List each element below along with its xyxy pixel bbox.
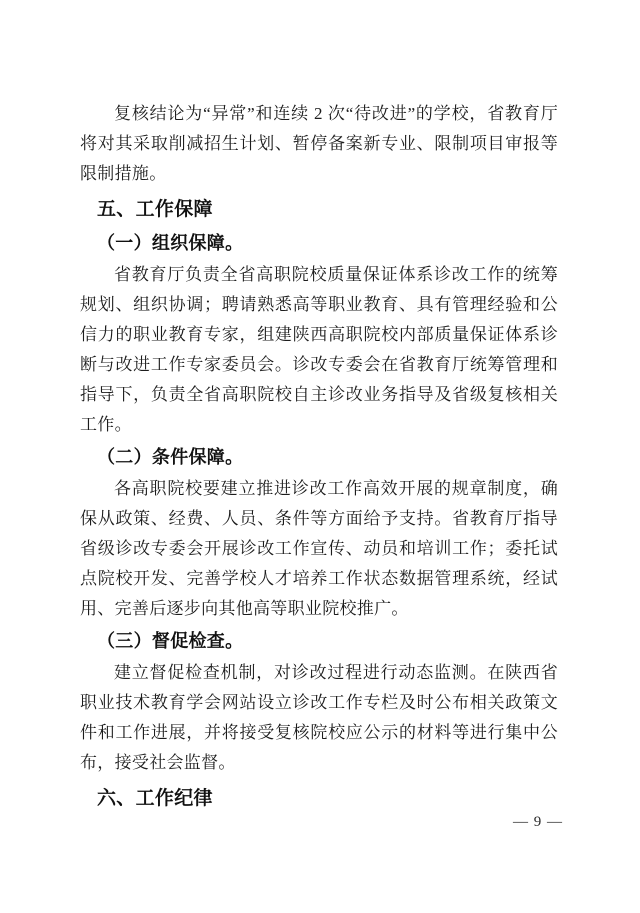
section-6-heading: 六、工作纪律 (80, 782, 558, 815)
document-page: 复核结论为“异常”和连续 2 次“待改进”的学校，省教育厅将对其采取削减招生计划… (0, 0, 640, 913)
page-number: — 9 — (508, 812, 568, 832)
section-5-heading: 五、工作保障 (80, 193, 558, 226)
subsection-3-body: 建立督促检查机制，对诊改过程进行动态监测。在陕西省职业技术教育学会网站设立诊改工… (80, 658, 558, 778)
subsection-2-heading: （二）条件保障。 (80, 441, 558, 473)
intro-paragraph: 复核结论为“异常”和连续 2 次“待改进”的学校，省教育厅将对其采取削减招生计划… (80, 99, 558, 189)
document-content: 复核结论为“异常”和连续 2 次“待改进”的学校，省教育厅将对其采取削减招生计划… (80, 99, 558, 815)
subsection-1-heading: （一）组织保障。 (80, 227, 558, 259)
subsection-2-body: 各高职院校要建立推进诊改工作高效开展的规章制度，确保从政策、经费、人员、条件等方… (80, 474, 558, 624)
subsection-3-heading: （三）督促检查。 (80, 625, 558, 657)
subsection-1-body: 省教育厅负责全省高职院校质量保证体系诊改工作的统筹规划、组织协调；聘请熟悉高等职… (80, 260, 558, 440)
